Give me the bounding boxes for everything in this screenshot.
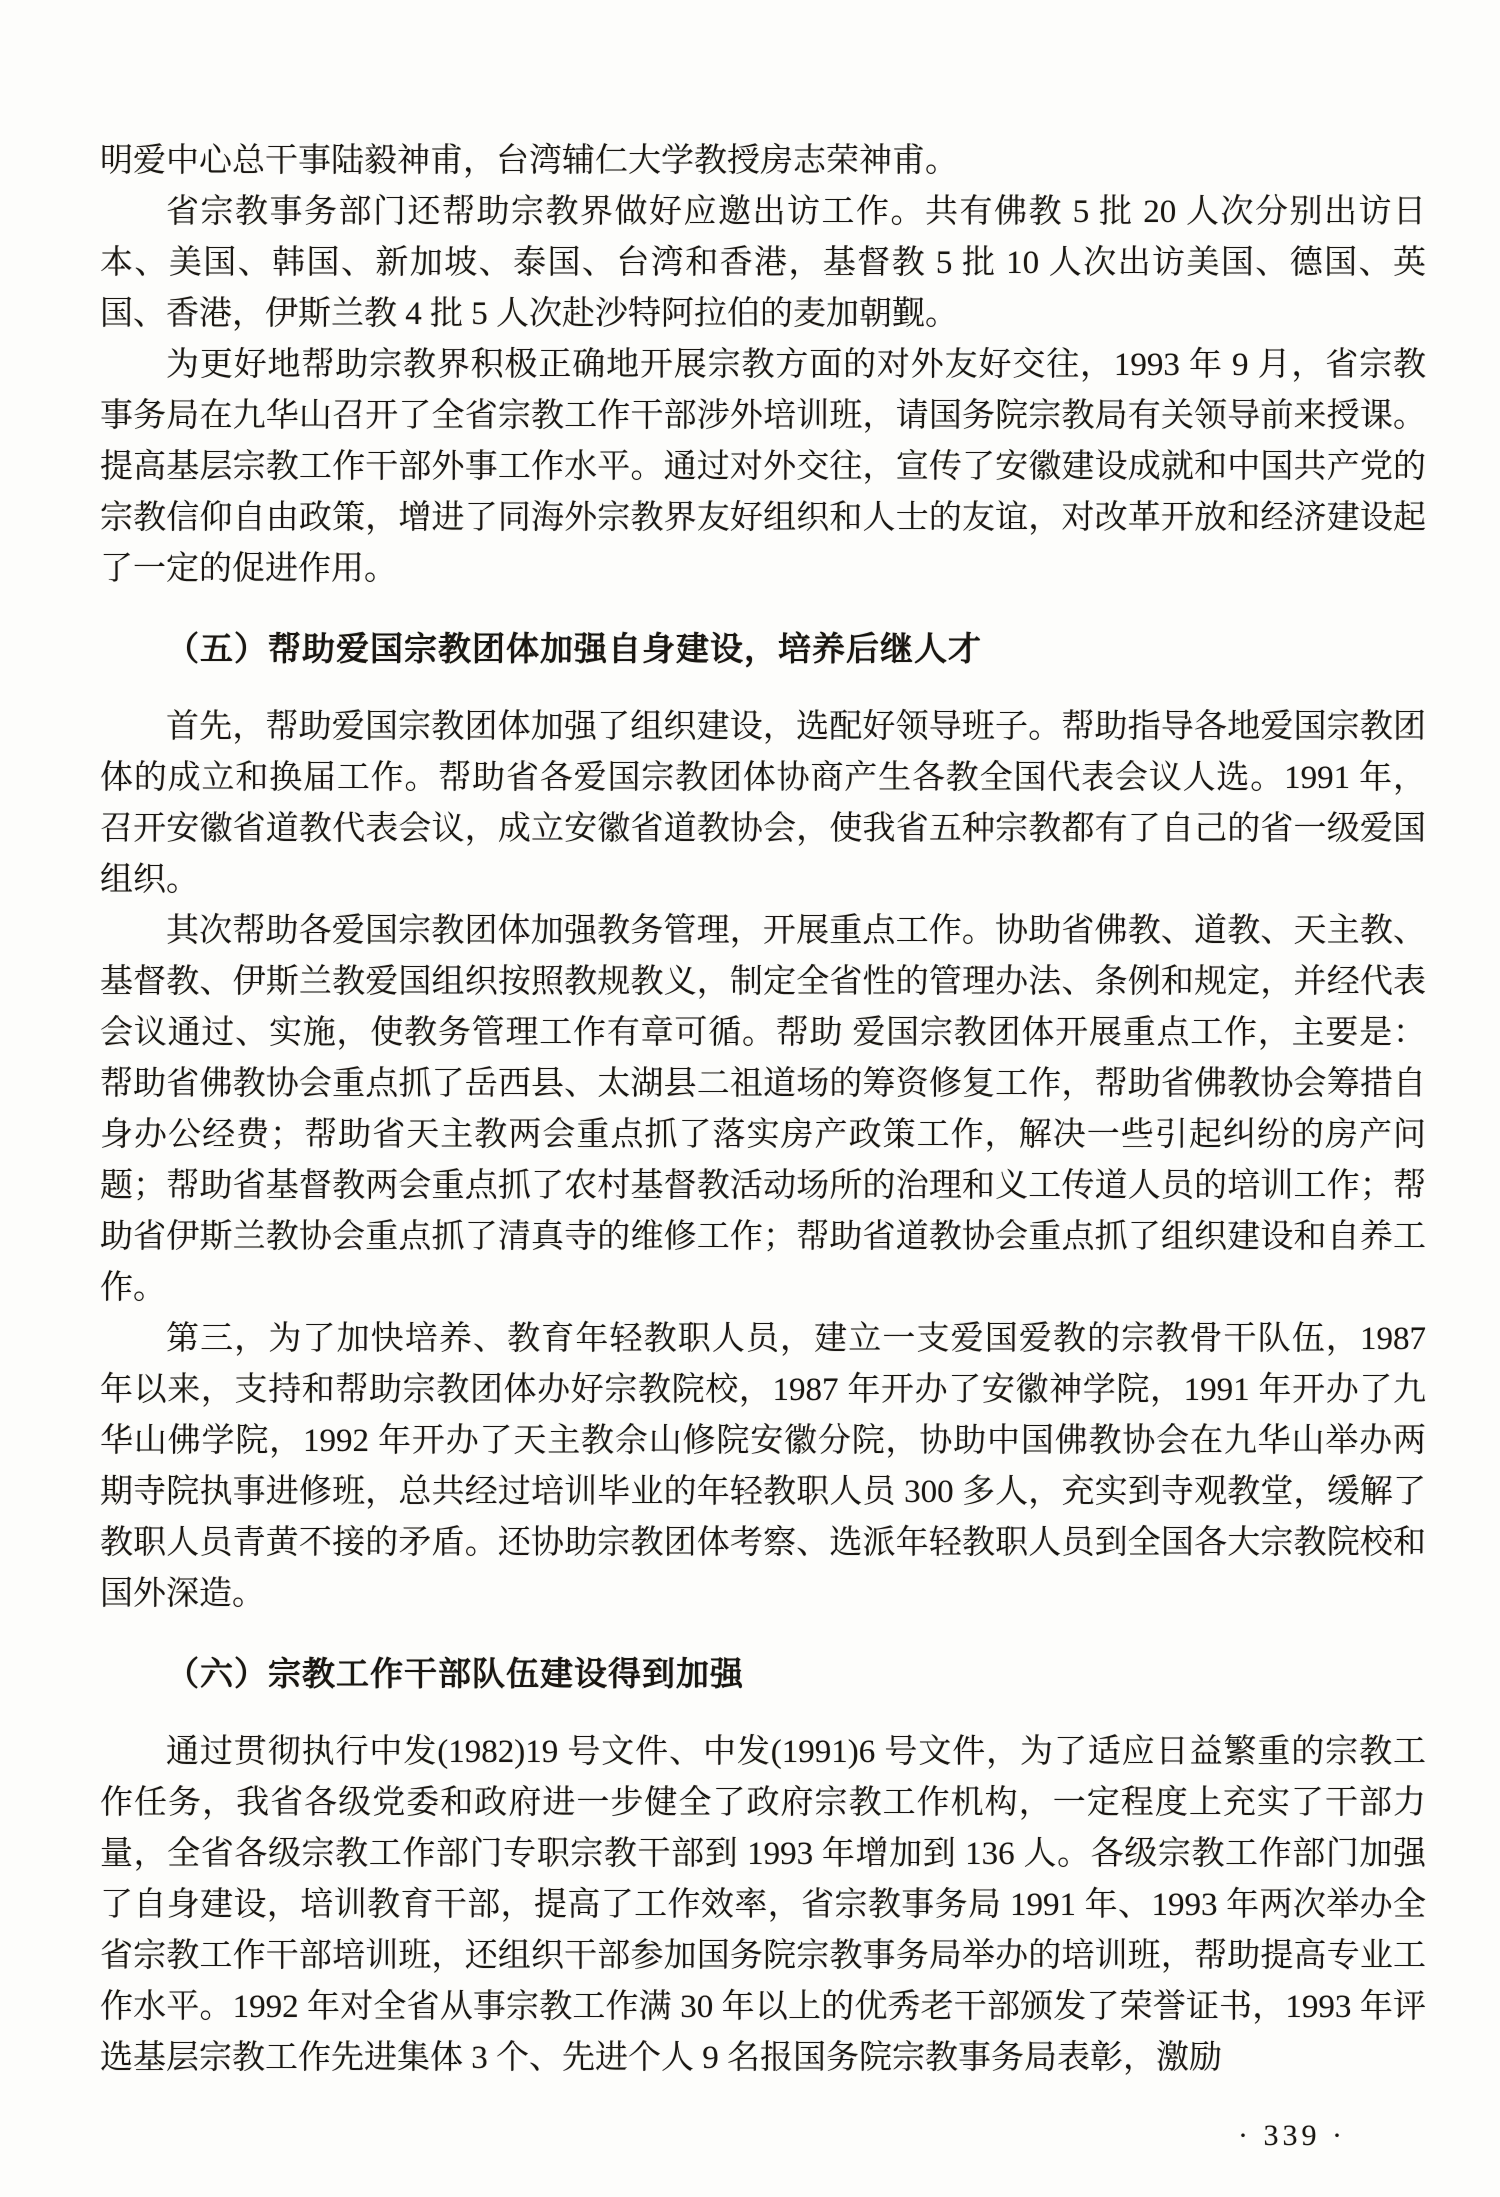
- paragraph-third-point: 第三，为了加快培养、教育年轻教职人员，建立一支爱国爱教的宗教骨干队伍，1987 …: [100, 1314, 1426, 1620]
- paragraph-training-class-1993: 为更好地帮助宗教界积极正确地开展宗教方面的对外友好交往，1993 年 9 月，省…: [100, 340, 1426, 595]
- scanned-document-page: 明爱中心总干事陆毅神甫，台湾辅仁大学教授房志荣神甫。 省宗教事务部门还帮助宗教界…: [0, 0, 1500, 2197]
- page-text-column: 明爱中心总干事陆毅神甫，台湾辅仁大学教授房志荣神甫。 省宗教事务部门还帮助宗教界…: [100, 136, 1426, 2161]
- section-heading-6: （六）宗教工作干部队伍建设得到加强: [100, 1648, 1426, 1699]
- paragraph-continuation: 明爱中心总干事陆毅神甫，台湾辅仁大学教授房志荣神甫。: [100, 136, 1426, 187]
- paragraph-second-point: 其次帮助各爱国宗教团体加强教务管理，开展重点工作。协助省佛教、道教、天主教、基督…: [100, 906, 1426, 1314]
- page-number: · 339 ·: [100, 2110, 1426, 2161]
- paragraph-overseas-visits: 省宗教事务部门还帮助宗教界做好应邀出访工作。共有佛教 5 批 20 人次分别出访…: [100, 187, 1426, 340]
- section-heading-5: （五）帮助爱国宗教团体加强自身建设，培养后继人才: [100, 623, 1426, 674]
- paragraph-first-point: 首先，帮助爱国宗教团体加强了组织建设，选配好领导班子。帮助指导各地爱国宗教团体的…: [100, 702, 1426, 906]
- paragraph-cadre-team-building: 通过贯彻执行中发(1982)19 号文件、中发(1991)6 号文件，为了适应日…: [100, 1727, 1426, 2084]
